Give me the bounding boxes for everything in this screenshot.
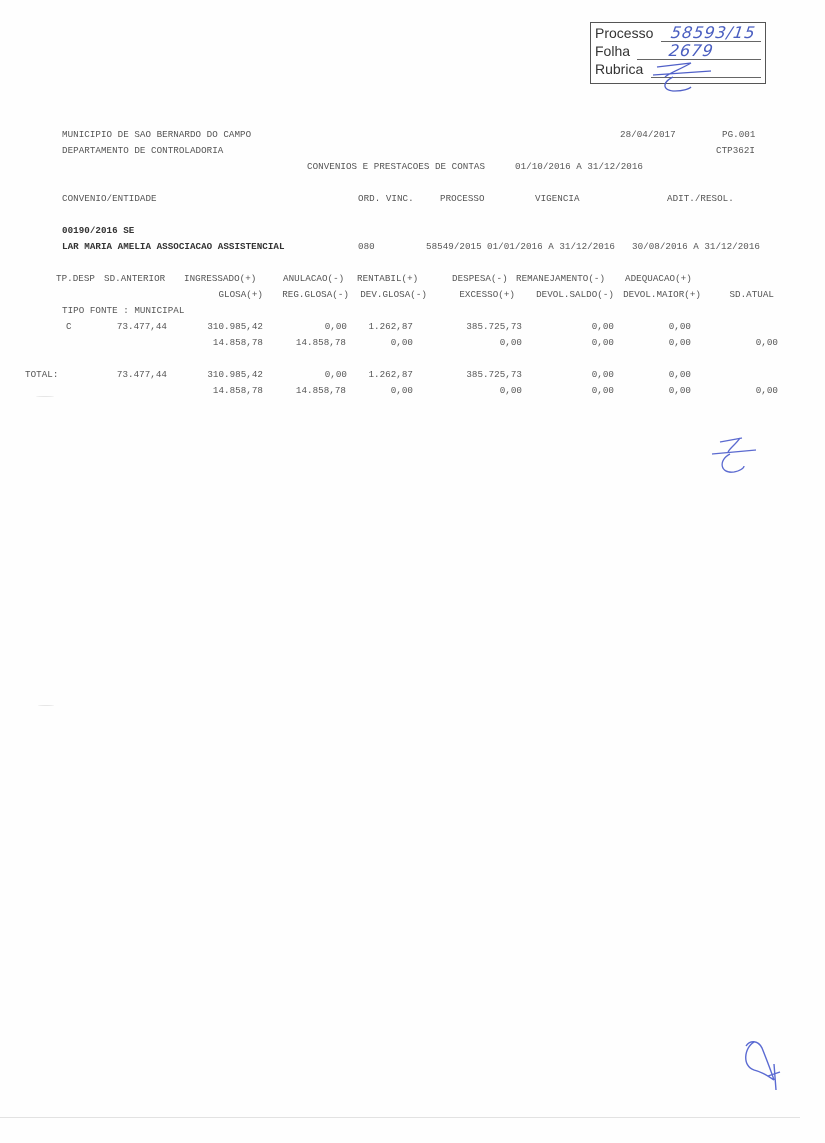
convenio-ord-vinc: 080: [358, 241, 375, 252]
row-value: 0,00: [323, 337, 413, 348]
total-value: 14.858,78: [173, 385, 263, 396]
row-value: 73.477,44: [77, 321, 167, 332]
header-devol-saldo: DEVOL.SALDO(-): [524, 289, 614, 300]
department-name: DEPARTAMENTO DE CONTROLADORIA: [62, 145, 223, 156]
total-value: 1.262,87: [323, 369, 413, 380]
protocol-stamp: Processo Folha Rubrica 58593/15 2679: [590, 22, 766, 84]
header-excesso: EXCESSO(+): [425, 289, 515, 300]
row-tp-desp: C: [66, 321, 72, 332]
total-value: 0,00: [601, 385, 691, 396]
col-ord-vinc: ORD. VINC.: [358, 193, 414, 204]
rubrica-signature-icon: [651, 59, 721, 99]
convenio-code: 00190/2016 SE: [62, 225, 134, 236]
header-sd-anterior: SD.ANTERIOR: [104, 273, 165, 284]
total-value: 73.477,44: [77, 369, 167, 380]
entity-name: LAR MARIA AMELIA ASSOCIACAO ASSISTENCIAL: [62, 241, 285, 252]
tipo-fonte-label: TIPO FONTE : MUNICIPAL: [62, 305, 184, 316]
header-remanejamento: REMANEJAMENTO(-): [516, 273, 605, 284]
total-value: 310.985,42: [173, 369, 263, 380]
row-value: 0,00: [601, 321, 691, 332]
report-code: CTP362I: [716, 145, 755, 156]
stamp-folha-label: Folha: [595, 43, 630, 59]
col-adit-resol: ADIT./RESOL.: [667, 193, 734, 204]
report-date: 28/04/2017: [620, 129, 676, 140]
stamp-folha-value: 2679: [668, 41, 715, 60]
row-value: 14.858,78: [173, 337, 263, 348]
row-value: 0,00: [688, 337, 778, 348]
report-period: 01/10/2016 A 31/12/2016: [515, 161, 643, 172]
row-value: 1.262,87: [323, 321, 413, 332]
convenio-processo: 58549/2015: [426, 241, 482, 252]
total-label: TOTAL:: [25, 369, 58, 380]
stamp-processo-label: Processo: [595, 25, 653, 41]
header-ingressado: INGRESSADO(+): [184, 273, 256, 284]
org-name: MUNICIPIO DE SAO BERNARDO DO CAMPO: [62, 129, 251, 140]
total-value: 0,00: [601, 369, 691, 380]
header-rentabil: RENTABIL(+): [357, 273, 418, 284]
col-processo: PROCESSO: [440, 193, 485, 204]
report-title: CONVENIOS E PRESTACOES DE CONTAS: [307, 161, 485, 172]
convenio-aditivo: 30/08/2016 A 31/12/2016: [632, 241, 760, 252]
header-reg-glosa: REG.GLOSA(-): [259, 289, 349, 300]
header-adequacao: ADEQUACAO(+): [625, 273, 692, 284]
header-dev-glosa: DEV.GLOSA(-): [337, 289, 427, 300]
col-vigencia: VIGENCIA: [535, 193, 580, 204]
row-value: 385.725,73: [432, 321, 522, 332]
row-value: 310.985,42: [173, 321, 263, 332]
initials-signature-icon: [706, 432, 766, 480]
header-anulacao: ANULACAO(-): [283, 273, 344, 284]
page-bottom-edge: [0, 1117, 800, 1118]
page-number: PG.001: [722, 129, 755, 140]
total-value: 0,00: [688, 385, 778, 396]
header-tp-desp: TP.DESP: [56, 273, 95, 284]
margin-signature-icon: [740, 1036, 790, 1106]
row-value: 0,00: [432, 337, 522, 348]
total-value: 385.725,73: [432, 369, 522, 380]
header-glosa: GLOSA(+): [173, 289, 263, 300]
row-value: 0,00: [601, 337, 691, 348]
total-value: 0,00: [432, 385, 522, 396]
total-value: 0,00: [323, 385, 413, 396]
col-convenio-entidade: CONVENIO/ENTIDADE: [62, 193, 157, 204]
scanned-document-page: Processo Folha Rubrica 58593/15 2679 MUN…: [0, 0, 825, 1143]
convenio-vigencia: 01/01/2016 A 31/12/2016: [487, 241, 615, 252]
header-sd-atual: SD.ATUAL: [684, 289, 774, 300]
stamp-rubrica-label: Rubrica: [595, 61, 643, 77]
header-despesa: DESPESA(-): [452, 273, 508, 284]
stamp-processo-value: 58593/15: [670, 23, 757, 42]
